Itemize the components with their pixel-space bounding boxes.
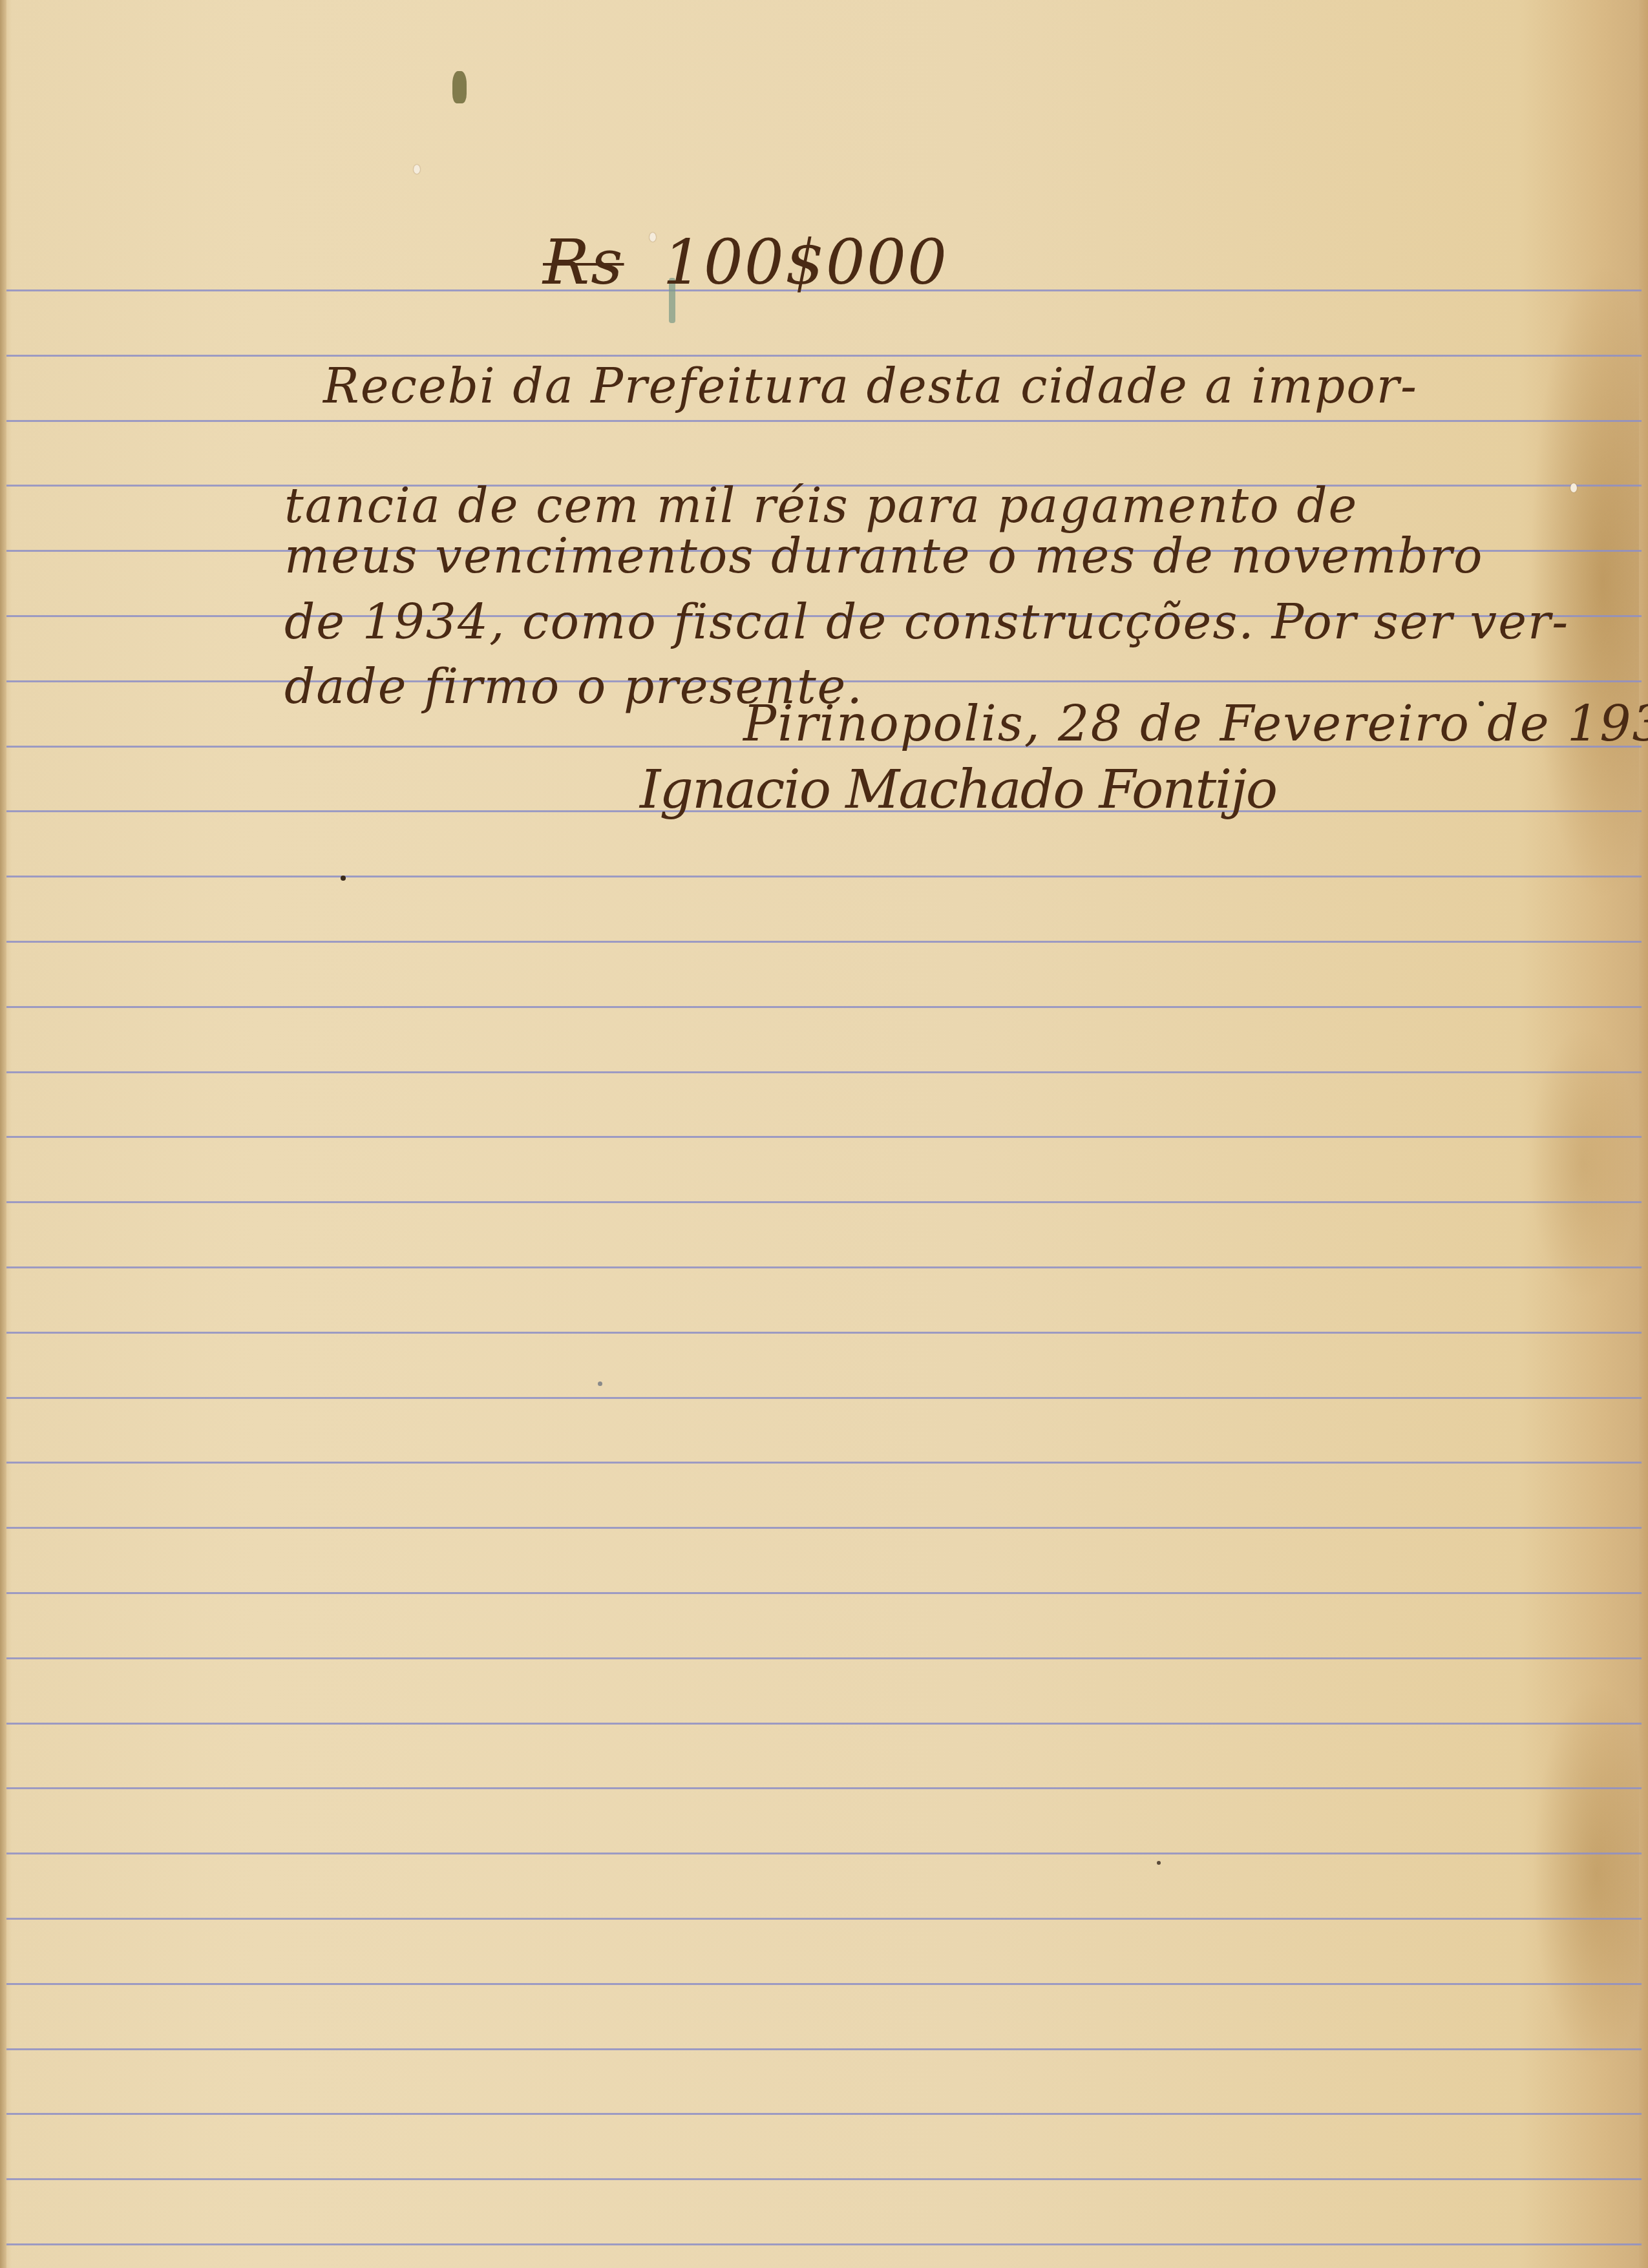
body-line: tancia de cem mil réis para pagamento de: [284, 478, 1358, 534]
ruled-line: [6, 2048, 1642, 2050]
ruled-line: [6, 420, 1642, 422]
ruled-line: [6, 1918, 1642, 1920]
paper-sheet: Rs100$000 Recebi da Prefeitura desta cid…: [0, 0, 1648, 2268]
ruled-line: [6, 1071, 1642, 1073]
ink-dot: [598, 1381, 602, 1386]
ruled-line: [6, 1136, 1642, 1138]
ruled-line: [6, 1592, 1642, 1594]
place-date: Pirinopolis, 28 de Fevereiro de 1935: [743, 695, 1648, 752]
ruled-line: [6, 355, 1642, 357]
ink-dot: [341, 876, 346, 881]
ruled-line: [6, 1657, 1642, 1659]
paper-right-edge: [1639, 0, 1648, 2268]
body-line: Recebi da Prefeitura desta cidade a impo…: [323, 359, 1418, 414]
amount-value: 100$000: [663, 226, 949, 299]
ruled-line: [6, 1397, 1642, 1399]
ruled-line: [6, 876, 1642, 877]
signature: Ignacio Machado Fontijo: [640, 759, 1276, 821]
ruled-line: [6, 1983, 1642, 1985]
ruled-line: [6, 2178, 1642, 2180]
ruled-line: [6, 941, 1642, 943]
body-line: de 1934, como fiscal de construcções. Po…: [284, 594, 1569, 650]
ruled-line: [6, 2113, 1642, 2115]
body-line: meus vencimentos durante o mes de novemb…: [284, 529, 1484, 584]
ruled-line: [6, 1723, 1642, 1725]
currency-prefix-struck: Rs: [543, 226, 624, 299]
paper-hole: [1570, 483, 1577, 492]
ruled-line: [6, 2243, 1642, 2245]
receipt-amount: Rs100$000: [543, 226, 948, 299]
insect-stain: [452, 71, 467, 103]
paper-hole: [414, 165, 420, 174]
ruled-line: [6, 1332, 1642, 1334]
ruled-line: [6, 1853, 1642, 1854]
ruled-line: [6, 1787, 1642, 1789]
ruled-line: [6, 1266, 1642, 1268]
ruled-line: [6, 1006, 1642, 1008]
ruled-line: [6, 1527, 1642, 1529]
ruled-line: [6, 1201, 1642, 1203]
ruled-line: [6, 1462, 1642, 1464]
paper-left-edge: [0, 0, 6, 2268]
ink-dot: [1157, 1861, 1161, 1865]
